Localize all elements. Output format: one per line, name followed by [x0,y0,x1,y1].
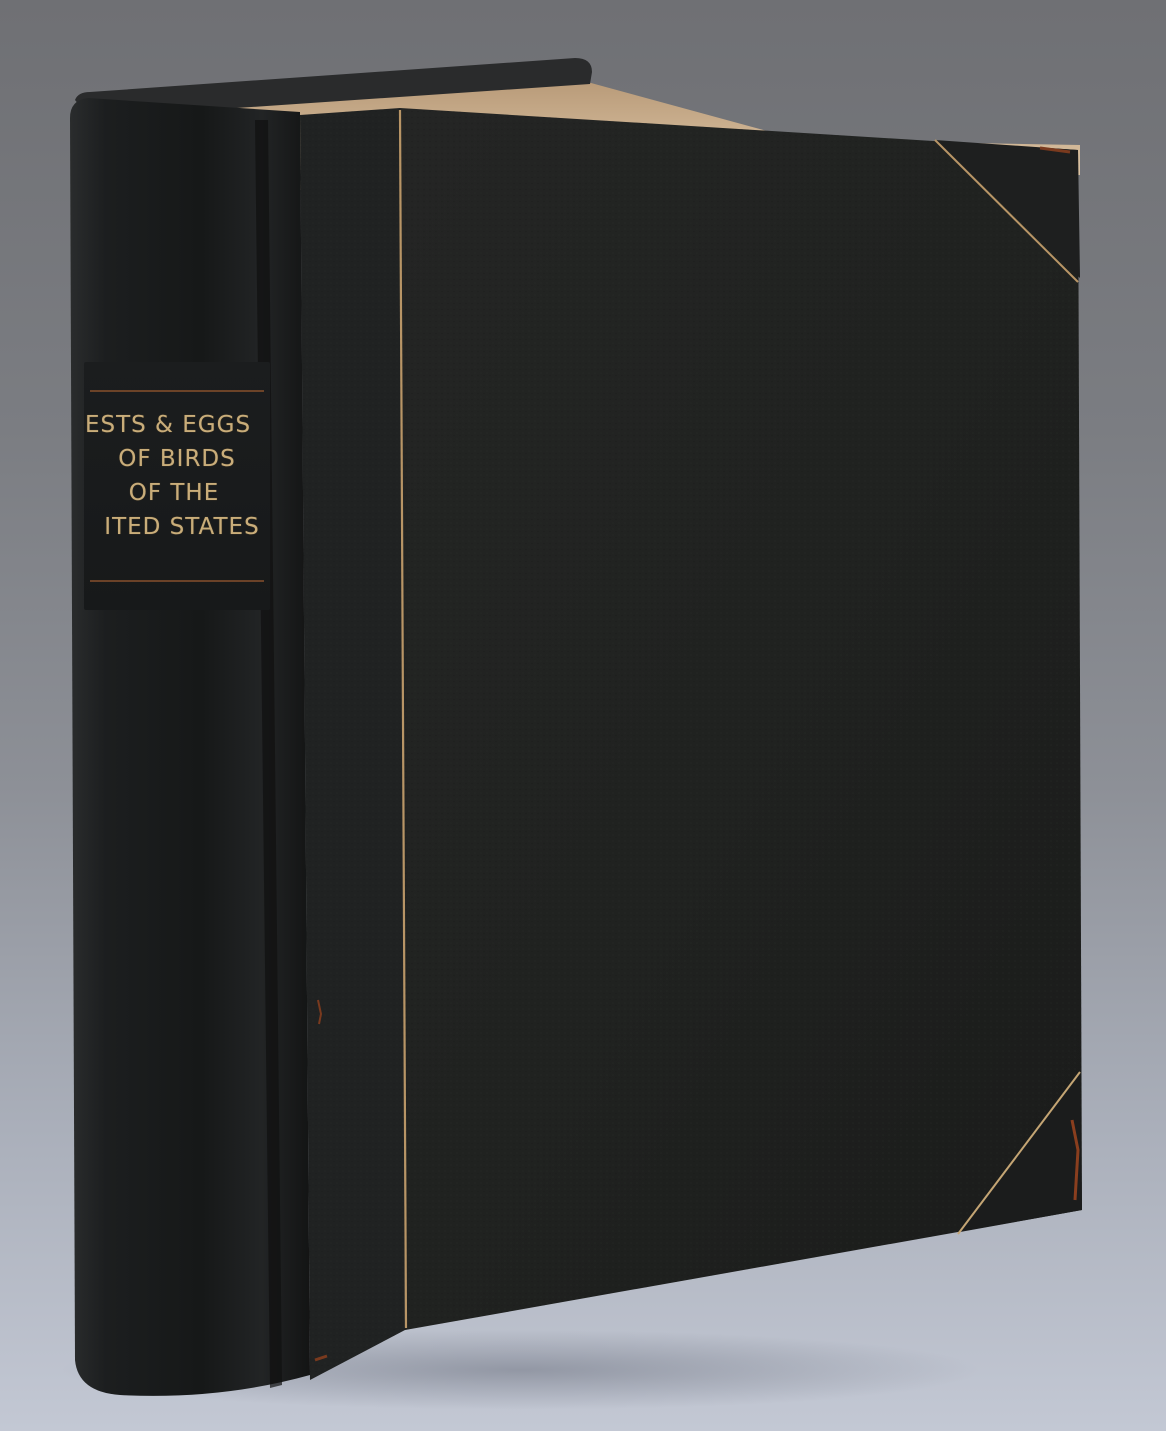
label-rule-bottom [90,580,264,582]
photo-scene: ESTS & EGGS OF BIRDS OF THE ITED STATES [0,0,1166,1431]
spine-title-line-2: OF BIRDS [118,444,236,474]
spine-title-line-4: ITED STATES [104,512,259,542]
spine-title-label: ESTS & EGGS OF BIRDS OF THE ITED STATES [84,362,270,610]
spine-title-line-3: OF THE [129,478,220,508]
label-rule-top [90,390,264,392]
book-illustration [0,0,1166,1431]
spine-title-line-1: ESTS & EGGS [85,410,251,440]
